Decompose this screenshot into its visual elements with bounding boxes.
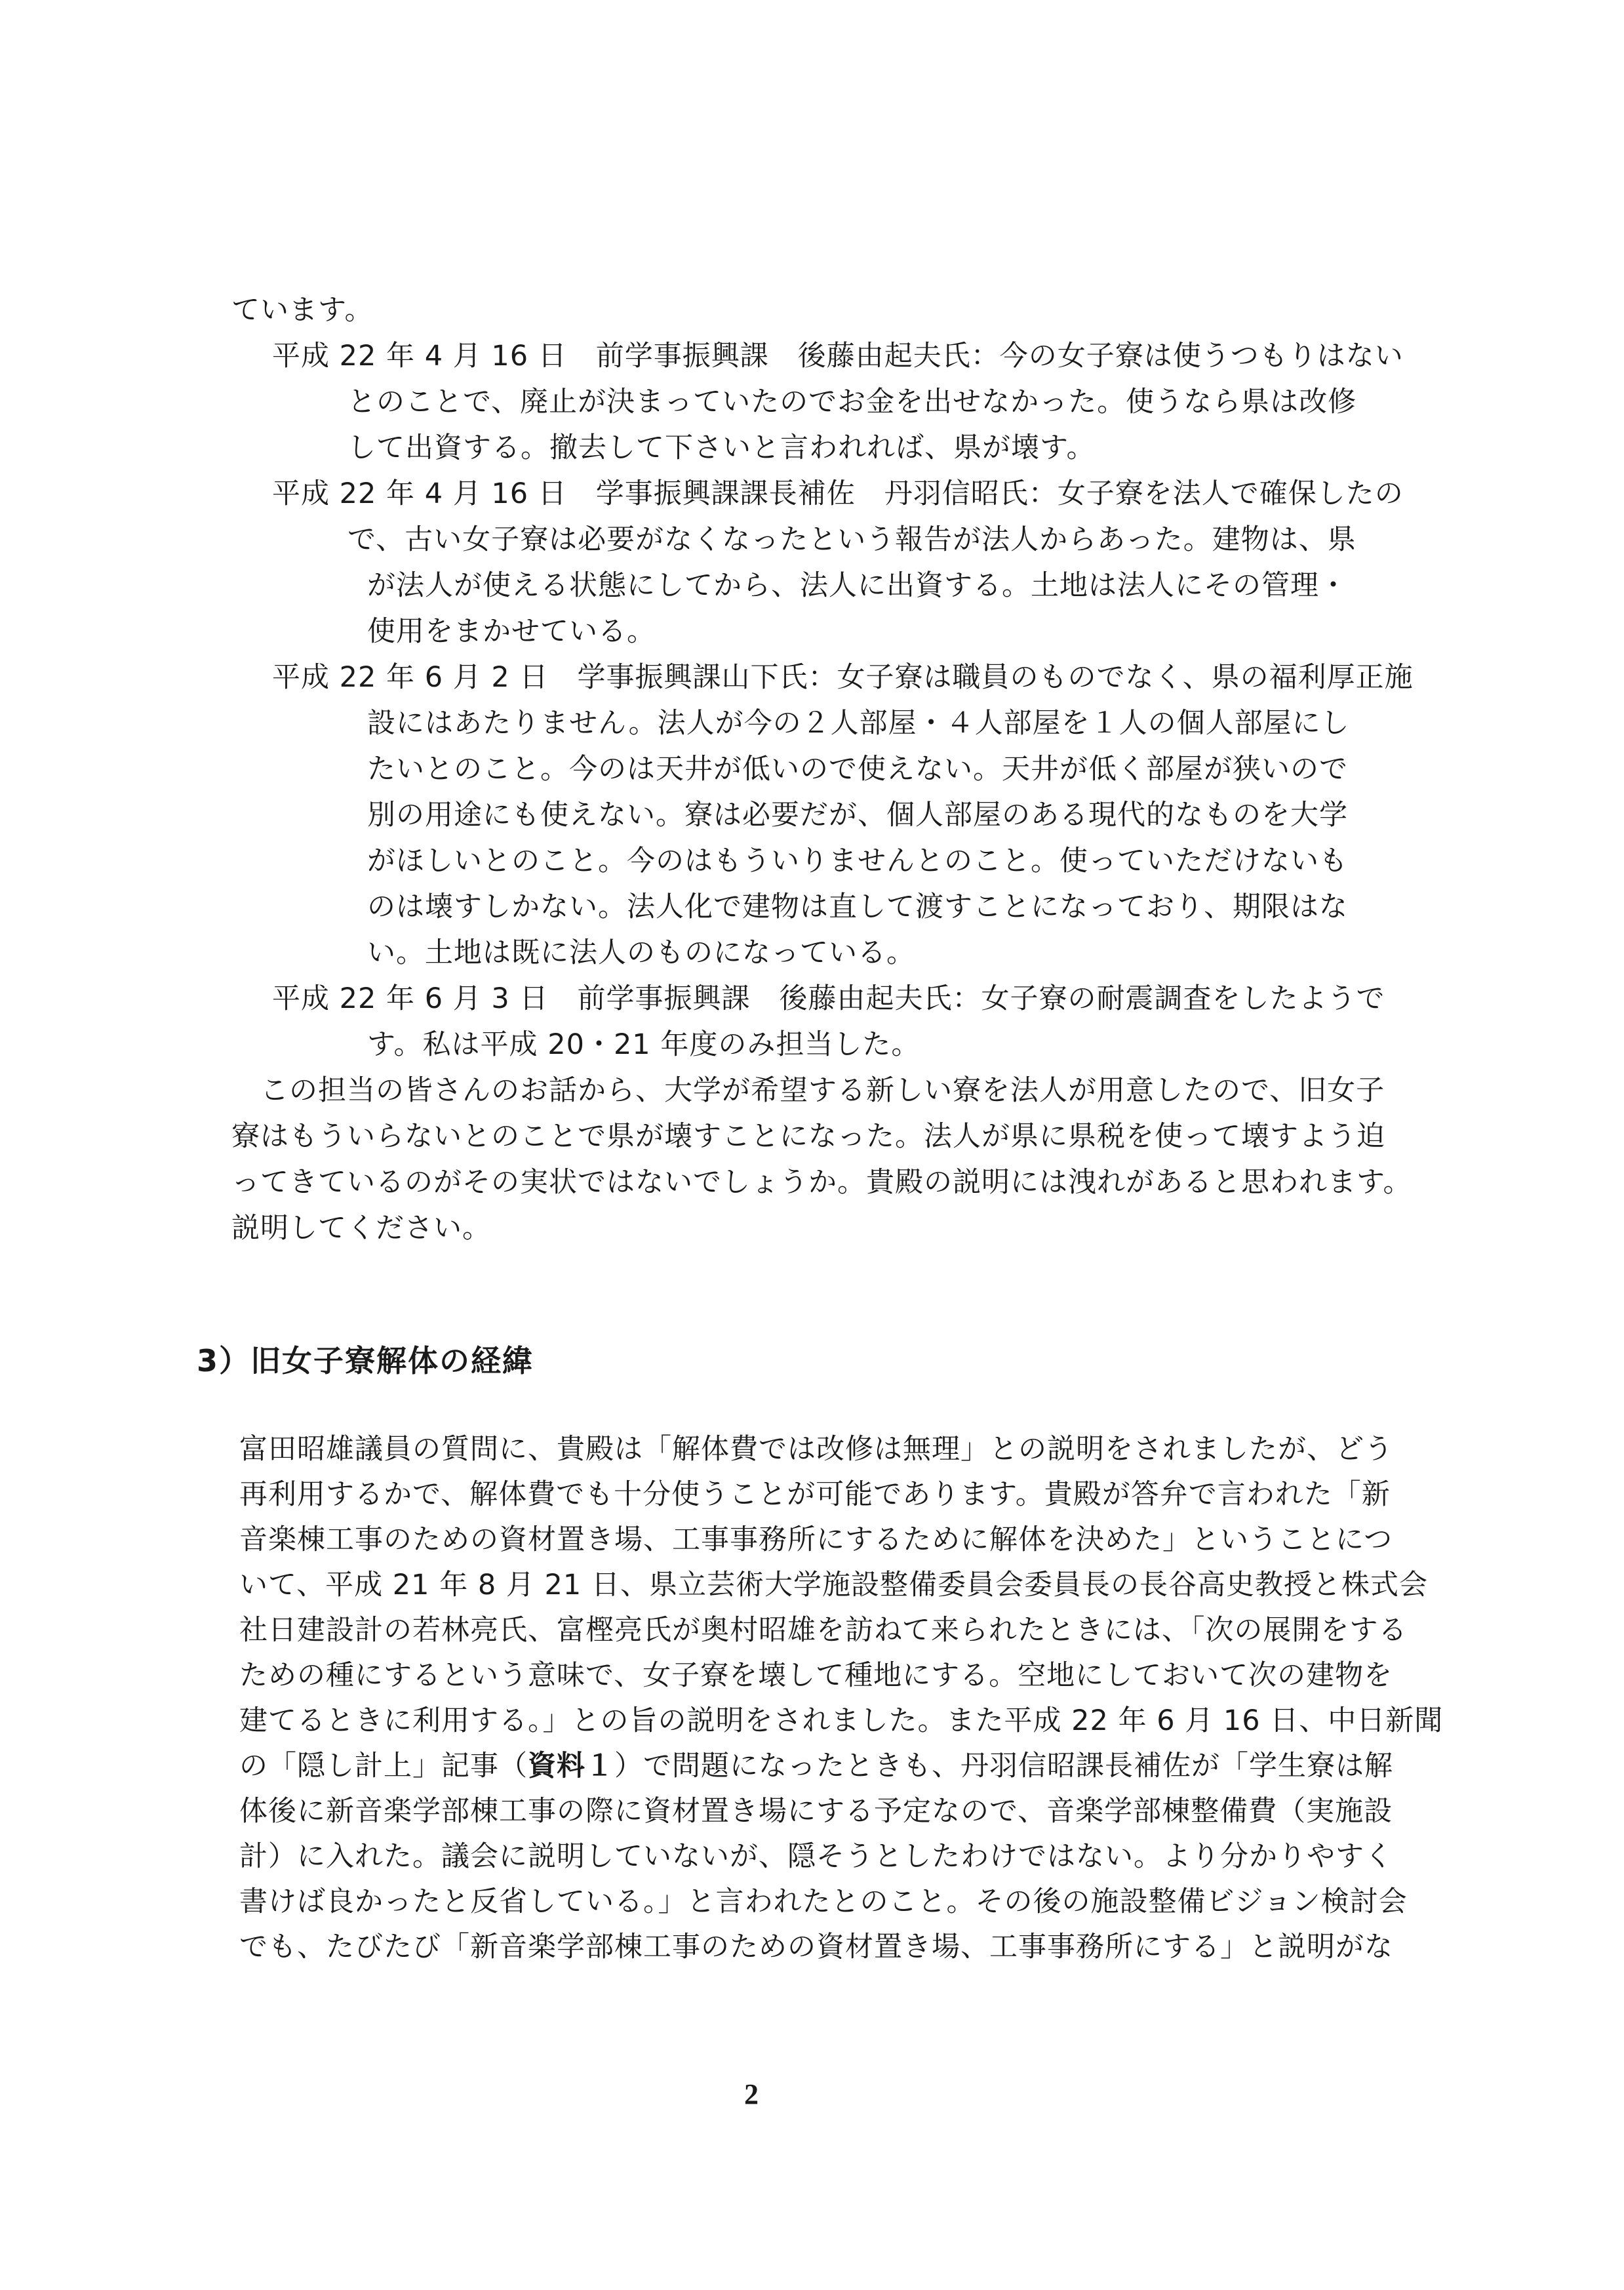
section3-line-10: 計）に入れた。議会に説明していないが、隠そうとしたわけではない。より分かりやすく	[239, 1837, 1393, 1876]
entry-1-line-2: とのことで、廃止が決まっていたのでお金を出せなかった。使うなら県は改修	[347, 382, 1357, 422]
page-number: 2	[744, 2078, 759, 2111]
section3-line-3: 音楽棟工事のための資材置き場、工事事務所にするために解体を決めた」ということにつ	[239, 1520, 1393, 1559]
entry-4-line-2: す。私は平成 20・21 年度のみ担当した。	[367, 1025, 920, 1064]
summary-line-1: この担当の皆さんのお話から、大学が希望する新しい寮を法人が用意したので、旧女子	[231, 1071, 1385, 1110]
entry-3-line-1: 平成 22 年 6 月 2 日 学事振興課山下氏：女子寮は職員のものでなく、県の…	[272, 658, 1414, 697]
section3-line-6: ための種にするという意味で、女子寮を壊して種地にする。空地にしておいて次の建物を	[239, 1656, 1393, 1695]
entry-3-line-3: たいとのこと。今のは天井が低いので使えない。天井が低く部屋が狭いので	[367, 750, 1348, 789]
entry-2-line-4: 使用をまかせている。	[367, 612, 656, 651]
entry-3-line-6: のは壊すしかない。法人化で建物は直して渡すことになっており、期限はな	[367, 887, 1348, 927]
entry-3-line-2: 設にはあたりません。法人が今の２人部屋・４人部屋を１人の個人部屋にし	[367, 704, 1350, 743]
entry-1-line-3: して出資する。撤去して下さいと言われれば、県が壊す。	[347, 428, 1096, 468]
section3-line-2: 再利用するかで、解体費でも十分使うことが可能であります。貴殿が答弁で言われた「新	[239, 1475, 1391, 1514]
section3-line-11: 書けば良かったと反省している。」と言われたとのこと。その後の施設整備ビジョン検討…	[239, 1882, 1408, 1921]
entry-3-line-7: い。土地は既に法人のものになっている。	[367, 933, 915, 973]
section3-line-1: 富田昭雄議員の質問に、貴殿は「解体費では改修は無理」との説明をされましたが、どう	[239, 1430, 1393, 1469]
section3-line-7: 建てるときに利用する。」との旨の説明をされました。また平成 22 年 6 月 1…	[239, 1701, 1443, 1740]
entry-4-line-1: 平成 22 年 6 月 3 日 前学事振興課 後藤由起夫氏：女子寮の耐震調査をし…	[272, 979, 1385, 1018]
section3-line-5: 社日建設計の若林亮氏、富樫亮氏が奥村昭雄を訪ねて来られたときには、「次の展開をす…	[239, 1611, 1407, 1650]
entry-3-line-5: がほしいとのこと。今のはもういりませんとのこと。使っていただけないも	[367, 841, 1348, 881]
entry-2-line-2: で、古い女子寮は必要がなくなったという報告が法人からあった。建物は、県	[347, 520, 1357, 559]
summary-line-4: 説明してください。	[231, 1209, 491, 1248]
section3-line-12: でも、たびたび「新音楽学部棟工事のための資材置き場、工事事務所にする」と説明がな	[239, 1927, 1393, 1967]
entry-3-line-4: 別の用途にも使えない。寮は必要だが、個人部屋のある現代的なものを大学	[367, 795, 1348, 835]
section3-line-8: の「隠し計上」記事（資料１）で問題になったときも、丹羽信昭課長補佐が「学生寮は解	[239, 1746, 1393, 1786]
summary-line-3: ってきているのがその実状ではないでしょうか。貴殿の説明には洩れがあると思われます…	[231, 1163, 1412, 1202]
summary-line-2: 寮はもういらないとのことで県が壊すことになった。法人が県に県税を使って壊すよう迫	[231, 1117, 1385, 1156]
entry-1-line-1: 平成 22 年 4 月 16 日 前学事振興課 後藤由起夫氏：今の女子寮は使うつ…	[272, 336, 1404, 376]
section3-line-9: 体後に新音楽学部棟工事の際に資材置き場にする予定なので、音楽学部棟整備費（実施設	[239, 1792, 1393, 1831]
intro-line: ています。	[231, 291, 374, 330]
section3-line-4: いて、平成 21 年 8 月 21 日、県立芸術大学施設整備委員会委員長の長谷高…	[239, 1565, 1428, 1605]
section3-line-8-start: の「隠し計上」記事（	[239, 1750, 528, 1782]
entry-2-line-1: 平成 22 年 4 月 16 日 学事振興課課長補佐 丹羽信昭氏：女子寮を法人で…	[272, 474, 1404, 513]
entry-2-line-3: が法人が使える状態にしてから、法人に出資する。土地は法人にその管理・	[367, 566, 1348, 605]
section3-line-8-rest: ）で問題になったときも、丹羽信昭課長補佐が「学生寮は解	[614, 1750, 1393, 1782]
reference-material-1: 資料１	[528, 1750, 614, 1782]
section-heading: 3）旧女子寮解体の経緯	[197, 1341, 534, 1380]
